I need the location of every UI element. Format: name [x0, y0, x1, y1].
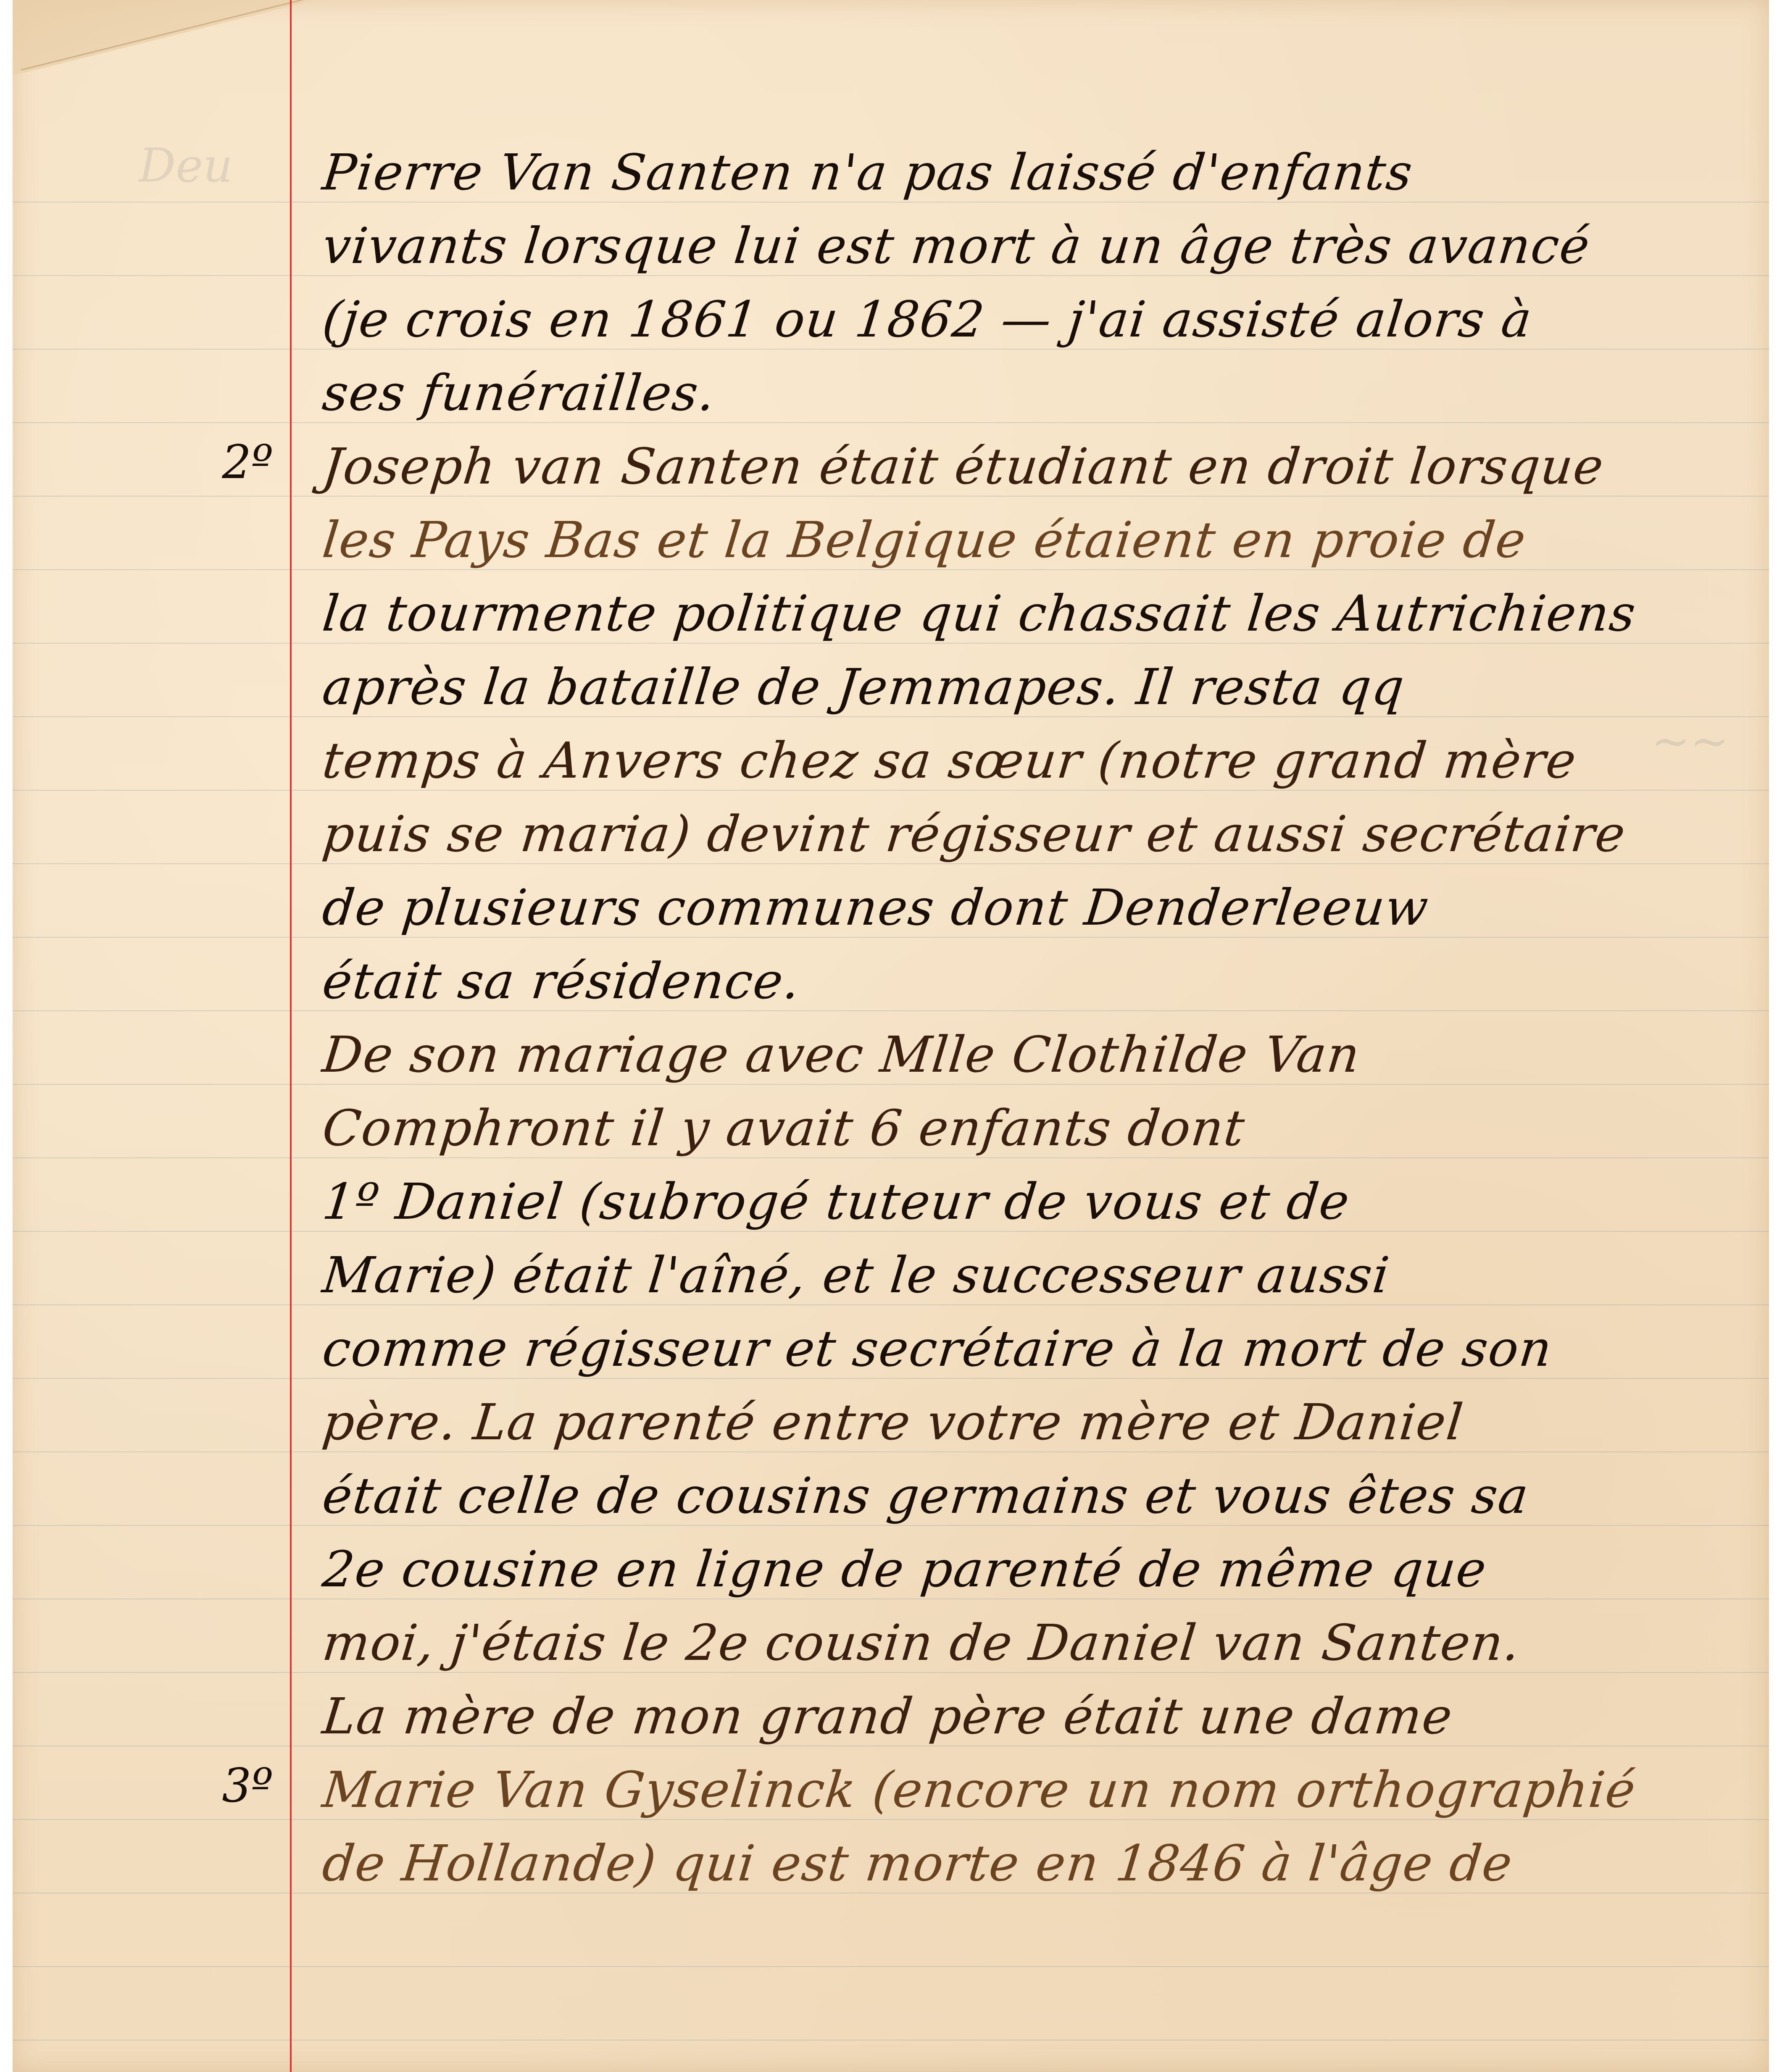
text-line: Comphront il y avait 6 enfants dont: [319, 1094, 1764, 1162]
text-line: de plusieurs communes dont Denderleeuw: [319, 874, 1764, 941]
text-line: Joseph van Santen était étudiant en droi…: [319, 433, 1764, 500]
text-line: Pierre Van Santen n'a pas laissé d'enfan…: [319, 139, 1764, 206]
text-line: Marie) était l'aîné, et le successeur au…: [319, 1241, 1764, 1309]
margin-number: 2º: [189, 429, 273, 496]
folded-corner: [13, 0, 315, 76]
text-line: comme régisseur et secrétaire à la mort …: [319, 1315, 1764, 1382]
text-line: La mère de mon grand père était une dame: [319, 1683, 1764, 1750]
text-line: moi, j'étais le 2e cousin de Daniel van …: [319, 1609, 1764, 1676]
text-line: Marie Van Gyselinck (encore un nom ortho…: [319, 1756, 1764, 1823]
text-line: la tourmente politique qui chassait les …: [319, 580, 1764, 647]
text-line: 1º Daniel (subrogé tuteur de vous et de: [319, 1168, 1764, 1235]
text-line: 2e cousine en ligne de parenté de même q…: [319, 1536, 1764, 1603]
bleed-through-text: Deu: [139, 139, 233, 192]
text-line: puis se maria) devint régisseur et aussi…: [319, 800, 1764, 868]
ruled-line: [13, 2040, 1769, 2040]
text-line: les Pays Bas et la Belgique étaient en p…: [319, 506, 1764, 573]
text-line: (je crois en 1861 ou 1862 — j'ai assisté…: [319, 286, 1764, 353]
margin-rule: [290, 0, 292, 2072]
letter-page: Deu ~~ 2º 3º Pierre Van Santen n'a pas l…: [13, 0, 1769, 2072]
text-line: était celle de cousins germains et vous …: [319, 1462, 1764, 1529]
text-line: ses funérailles.: [319, 359, 1764, 426]
margin-number: 3º: [189, 1752, 273, 1819]
text-line: vivants lorsque lui est mort à un âge tr…: [319, 212, 1764, 279]
text-line: temps à Anvers chez sa sœur (notre grand…: [319, 727, 1764, 794]
text-line: après la bataille de Jemmapes. Il resta …: [319, 653, 1764, 720]
text-line: était sa résidence.: [319, 947, 1764, 1015]
text-line: père. La parenté entre votre mère et Dan…: [319, 1388, 1764, 1456]
ruled-line: [13, 1966, 1769, 1967]
text-line: De son mariage avec Mlle Clothilde Van: [319, 1021, 1764, 1088]
text-line: de Hollande) qui est morte en 1846 à l'â…: [319, 1830, 1764, 1897]
